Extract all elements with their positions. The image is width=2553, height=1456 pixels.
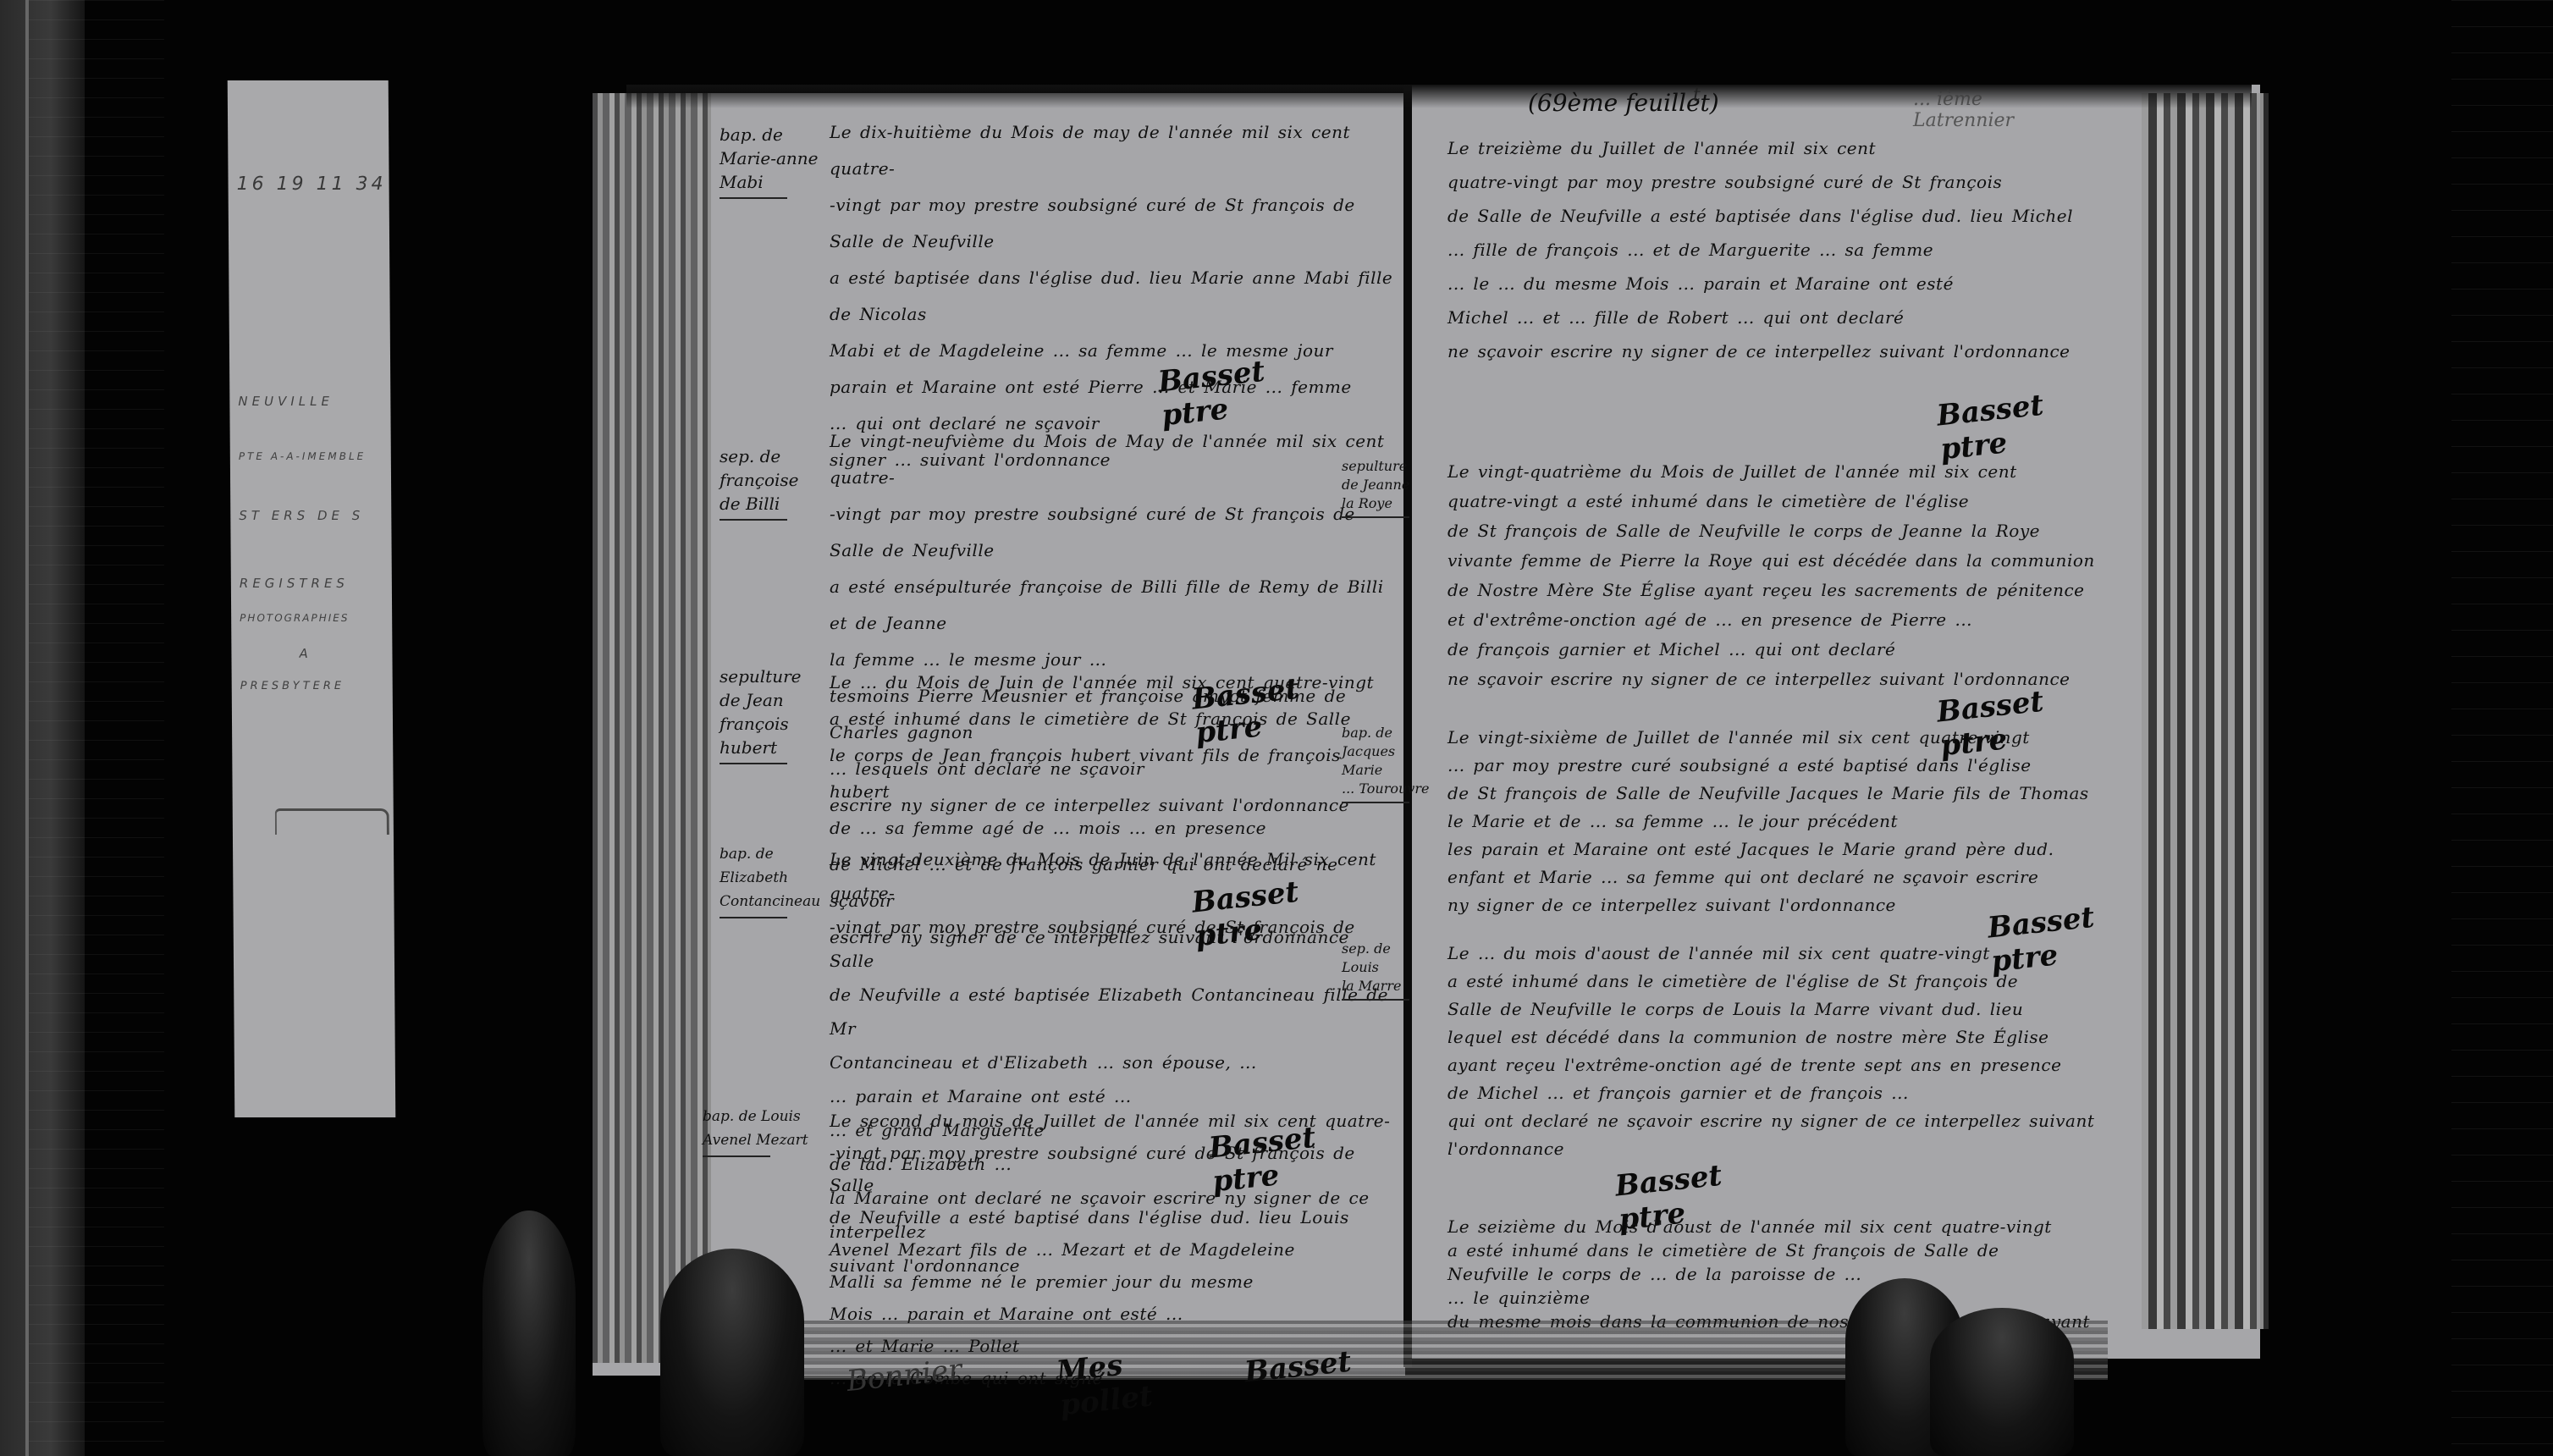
label-slip: 16 19 11 34 NEUVILLE PTE A-A-IMEMBLE ST … [228, 80, 396, 1117]
slip-line-parish: NEUVILLE [238, 394, 383, 409]
priest-signature: Basset ptre [1935, 389, 2048, 467]
margin-note: bap. de Jacques Marie ... Tourouvre [1342, 724, 1443, 803]
open-register-book: bap. de Marie-anne Mabi Le dix-huitième … [593, 85, 2277, 1371]
margin-note: bap. de Marie-anne Mabi [720, 123, 821, 199]
margin-note: sep. de françoise de Billi [720, 444, 821, 521]
entry-text: Le ... du mois d'aoust de l'année mil si… [1447, 940, 2108, 1163]
margin-note: sep. de Louis la Marre [1342, 940, 1443, 1001]
entry-text: Le treizième du Juillet de l'année mil s… [1447, 131, 2108, 368]
holding-finger-right-2 [1930, 1308, 2074, 1456]
priest-signature: Basset ptre [1156, 355, 1270, 433]
witness-signature: Mes pollet [1055, 1345, 1154, 1422]
microfilm-scratches [29, 0, 164, 1456]
slip-number: 16 19 11 34 [236, 174, 382, 195]
margin-note: bap. de Louis Avenel Mezart [703, 1105, 830, 1157]
slip-line-county: PTE A-A-IMEMBLE [239, 450, 384, 462]
slip-line-photographies: PHOTOGRAPHIES [240, 612, 385, 624]
microfilm-scratches-right [2451, 0, 2553, 1456]
margin-note: sepulture de Jeanne la Roye [1342, 457, 1443, 518]
left-page-stack-edge [593, 93, 711, 1363]
folio-header: (69ème feuillet) [1528, 89, 1719, 117]
slip-bracket-mark [275, 808, 389, 835]
holding-finger-left-1 [482, 1211, 576, 1456]
folio-mark: t [1693, 85, 1701, 106]
entry-text: Le vingt-quatrième du Mois de Juillet de… [1447, 457, 2108, 694]
slip-line-presbytere: PRESBYTERE [240, 680, 386, 692]
right-page-stack-edge [2142, 93, 2269, 1329]
corner-note: ... ième Latrennier [1913, 89, 2014, 131]
holding-finger-left-2 [660, 1249, 804, 1456]
slip-line-saint: ST ERS DE S [239, 508, 384, 523]
slip-line-a: A [299, 646, 385, 661]
margin-note: bap. de Elizabeth Contancineau [720, 842, 821, 918]
margin-note: sepulture de Jean françois hubert [720, 665, 821, 764]
slip-line-registres: REGISTRES [240, 576, 385, 591]
entry-text: Le vingt-sixième de Juillet de l'année m… [1447, 724, 2108, 919]
